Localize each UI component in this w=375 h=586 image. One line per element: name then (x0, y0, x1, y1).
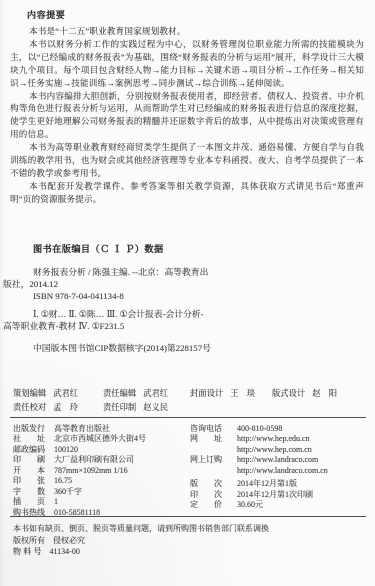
pub-row: 邮政编码100120 (13, 445, 191, 455)
pub-label: 印 张 (13, 476, 54, 486)
pub-label: 印 次 (190, 490, 237, 500)
pub-label: 开 本 (13, 466, 54, 476)
credit-value: 赵义民 (143, 403, 168, 412)
quality-notice: 本书如有缺页、倒页、脱页等质量问题，请到所购图书销售部门联系调换 (13, 523, 367, 535)
credit-label: 策划编辑 (13, 388, 46, 398)
pub-row: 插 页1 (13, 497, 191, 507)
publication-right-column: 咨询电话400-810-0598 网 址http://www.hep.edu.c… (190, 424, 369, 511)
pub-value: http://www.landraco.com (237, 455, 318, 464)
pub-label: 网 址 (190, 434, 237, 444)
cip-classification-line-2: 高等职业教育-教材 Ⅳ. ①F231.5 (3, 320, 363, 332)
divider-rule-bottom (10, 516, 366, 517)
pub-value: 360千字 (54, 487, 82, 496)
credit-label: 责任编辑 (103, 388, 136, 398)
copyright-notice: 版权所有 侵权必究 (13, 535, 367, 547)
credit-value: 王 琰 (230, 389, 255, 398)
pub-value: 大厂益利印刷有限公司 (54, 455, 134, 464)
pub-value: 100120 (54, 445, 78, 454)
credit-item: 策划编辑武君红 (13, 387, 103, 401)
pub-value: 北京市西城区德外大街4号 (54, 434, 146, 443)
pub-row: 网 址http://www.hep.edu.cn (190, 434, 369, 444)
pub-label: 网上订购 (190, 455, 237, 465)
pub-row: 印 张16.75 (13, 476, 191, 486)
pub-value: 30.60元 (237, 500, 263, 509)
material-number-label: 物 料 号 (13, 546, 41, 558)
cip-registry-number: 中国版本图书馆CIP数据核字(2014)第228157号 (3, 342, 363, 354)
pub-label: 版 次 (190, 479, 237, 489)
cip-section: 图书在版编目（Ｃ Ｉ Ｐ）数据 财务报表分析 / 陈强主编. --北京：高等教育… (3, 243, 363, 354)
pub-row: 定 价30.60元 (190, 500, 369, 510)
pub-label: 定 价 (190, 500, 237, 510)
credits-row-1: 策划编辑武君红 责任编辑武君红 封面设计王 琰 版式设计赵 阳 (13, 387, 369, 401)
pub-label: 咨询电话 (190, 424, 237, 434)
credit-value: 赵 阳 (312, 389, 337, 398)
summary-heading: 内容提要 (27, 8, 364, 21)
credit-item: 封面设计王 琰 (190, 387, 272, 401)
pub-label: 邮政编码 (13, 445, 54, 455)
pub-row: 网上订购http://www.landraco.com (190, 455, 369, 465)
pub-row: 社 址北京市西城区德外大街4号 (13, 434, 191, 444)
material-number-value: 41134-00 (49, 547, 79, 556)
cip-heading: 图书在版编目（Ｃ Ｉ Ｐ）数据 (33, 243, 363, 255)
pub-value: 400-810-0598 (237, 424, 282, 433)
pub-value: 1 (54, 497, 58, 506)
pub-label: 插 页 (13, 497, 54, 507)
pub-row: 版 次2014年12月第1版 (190, 479, 369, 489)
pub-row: 开 本787mm×1092mm 1/16 (13, 466, 191, 476)
credit-item: 责任编辑武君红 (103, 387, 190, 401)
pub-row: 印 次2014年12月第1次印刷 (190, 490, 369, 500)
publication-left-column: 出版发行高等教育出版社 社 址北京市西城区德外大街4号 邮政编码100120 印… (13, 424, 191, 518)
credit-item: 责任校对孟 玲 (13, 401, 103, 415)
summary-paragraph-4: 本书为高等职业教育财经商贸类学生提供了一本图文并茂、通俗易懂、方便自学与自我训练… (10, 141, 364, 180)
credit-label: 版式设计 (272, 388, 305, 398)
cip-entry-line-1: 财务报表分析 / 陈强主编. --北京：高等教育出 (3, 266, 363, 278)
credit-value: 孟 玲 (53, 403, 78, 412)
cip-classification-line-1: Ⅰ. ①财… Ⅱ. ①陈… Ⅲ. ①会计报表-会计分析- (3, 308, 363, 320)
summary-paragraph-5: 本书配套开发教学课件、参考答案等相关教学资源，具体获取方式请见书后“郑重声明”页… (10, 180, 364, 206)
cip-isbn: ISBN 978-7-04-041134-8 (3, 290, 363, 302)
pub-label: 社 址 (13, 434, 54, 444)
pub-row: 字 数360千字 (13, 487, 191, 497)
pub-value: http://www.hep.edu.cn (237, 434, 310, 443)
pub-label: 印 刷 (13, 455, 54, 465)
pub-row: http://www.hep.com.cn (190, 445, 369, 455)
pub-value: 2014年12月第1次印刷 (237, 490, 313, 499)
pub-value: 高等教育出版社 (54, 424, 110, 433)
pub-row: 印 刷大厂益利印刷有限公司 (13, 455, 191, 465)
credits-section: 策划编辑武君红 责任编辑武君红 封面设计王 琰 版式设计赵 阳 责任校对孟 玲 … (13, 387, 369, 414)
pub-value: http://www.landraco.com.cn (237, 466, 328, 475)
credit-item: 责任印制赵义民 (103, 401, 190, 415)
pub-label: 出版发行 (13, 424, 54, 434)
credit-value: 武君红 (143, 389, 168, 398)
credit-item: 版式设计赵 阳 (272, 387, 369, 401)
pub-value: http://www.hep.com.cn (237, 445, 312, 454)
pub-label: 字 数 (13, 487, 54, 497)
pub-value: 787mm×1092mm 1/16 (54, 466, 128, 475)
summary-paragraph-3: 本书内容编排大胆创新，分别按财务报表使用者，即经营者、债权人、投资者、中介机构等… (10, 90, 364, 142)
credits-row-2: 责任校对孟 玲 责任印制赵义民 (13, 401, 369, 415)
pub-row: 出版发行高等教育出版社 (13, 424, 191, 434)
pub-row: 咨询电话400-810-0598 (190, 424, 369, 434)
material-number-row: 物 料 号41134-00 (13, 546, 367, 558)
divider-rule-top (10, 417, 366, 418)
credit-label: 封面设计 (190, 388, 223, 398)
footer-notes-section: 本书如有缺页、倒页、脱页等质量问题，请到所购图书销售部门联系调换 版权所有 侵权… (13, 523, 367, 558)
credit-label: 责任校对 (13, 402, 46, 412)
pub-value: 16.75 (54, 476, 72, 485)
summary-paragraph-2: 本书以财务分析工作的实践过程为中心，以财务管理岗位职业能力所需的技能模块为主，以… (10, 38, 364, 90)
credit-value: 武君红 (53, 389, 78, 398)
pub-value: 2014年12月第1版 (237, 479, 297, 488)
summary-paragraph-1: 本书是“十二五”职业教育国家规划教材。 (10, 25, 364, 38)
cip-entry-line-2: 版社，2014.12 (3, 278, 363, 290)
pub-row: http://www.landraco.com.cn (190, 466, 369, 476)
credit-label: 责任印制 (103, 402, 136, 412)
content-summary-section: 内容提要 本书是“十二五”职业教育国家规划教材。 本书以财务分析工作的实践过程为… (10, 8, 364, 206)
